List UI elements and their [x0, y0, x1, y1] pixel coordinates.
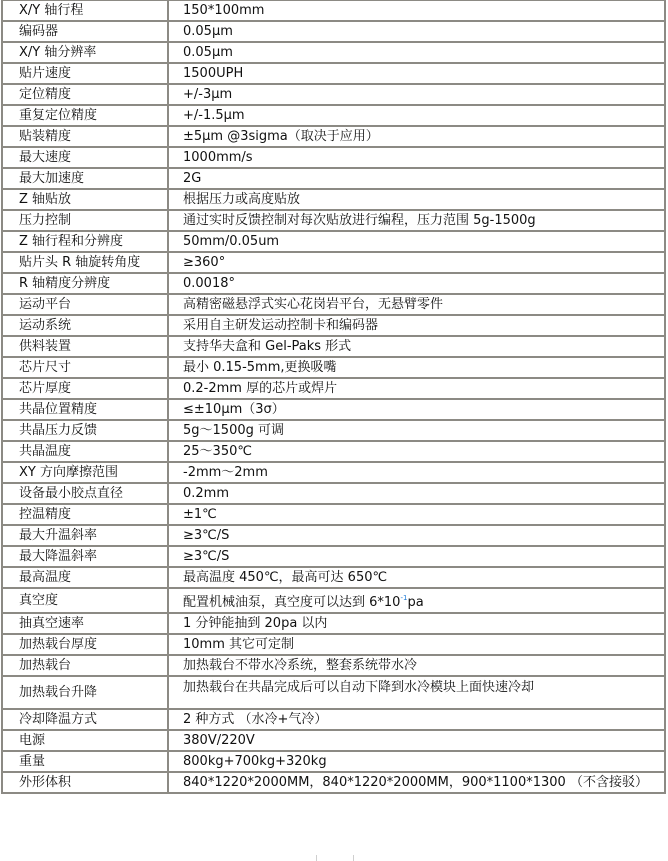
table-row: 共晶温度 25～350℃: [2, 441, 665, 462]
spec-table: X/Y 轴行程 150*100mm 编码器 0.05μm X/Y 轴分辨率 0.…: [1, 0, 666, 794]
table-row: 控温精度 ±1℃: [2, 504, 665, 525]
spec-value: 通过实时反馈控制对每次贴放进行编程，压力范围 5g-1500g: [168, 210, 665, 231]
spec-label: 加热载台升降: [2, 676, 168, 709]
spec-value: 50mm/0.05um: [168, 231, 665, 252]
spec-value: ≥360°: [168, 252, 665, 273]
spec-value: ±5μm @3sigma（取决于应用）: [168, 126, 665, 147]
table-row: 最大升温斜率 ≥3℃/S: [2, 525, 665, 546]
table-row: 共晶位置精度 ≤±10μm（3σ）: [2, 399, 665, 420]
spec-label: X/Y 轴行程: [2, 0, 168, 21]
spec-label: 最大降温斜率: [2, 546, 168, 567]
spec-value: 0.05μm: [168, 42, 665, 63]
spec-value: 0.2mm: [168, 483, 665, 504]
spec-value: 0.2-2mm 厚的芯片或焊片: [168, 378, 665, 399]
spec-value: 加热载台在共晶完成后可以自动下降到水冷模块上面快速冷却: [168, 676, 665, 709]
spec-value: 1000mm/s: [168, 147, 665, 168]
spec-label: 最大加速度: [2, 168, 168, 189]
spec-label: 贴装精度: [2, 126, 168, 147]
spec-label: Z 轴贴放: [2, 189, 168, 210]
spec-label: 加热载台厚度: [2, 634, 168, 655]
spec-label: 定位精度: [2, 84, 168, 105]
spec-label: X/Y 轴分辨率: [2, 42, 168, 63]
table-row: 抽真空速率 1 分钟能抽到 20pa 以内: [2, 613, 665, 634]
table-row: 最大降温斜率 ≥3℃/S: [2, 546, 665, 567]
spec-value: 5g～1500g 可调: [168, 420, 665, 441]
spec-value: 1500UPH: [168, 63, 665, 84]
spec-label: 最大升温斜率: [2, 525, 168, 546]
spec-label: 外形体积: [2, 772, 168, 793]
table-row: 设备最小胶点直径 0.2mm: [2, 483, 665, 504]
spec-label: 贴片速度: [2, 63, 168, 84]
table-row: R 轴精度分辨度 0.0018°: [2, 273, 665, 294]
table-row: Z 轴贴放 根据压力或高度贴放: [2, 189, 665, 210]
spec-value: 根据压力或高度贴放: [168, 189, 665, 210]
spec-value: 800kg+700kg+320kg: [168, 751, 665, 772]
spec-value: 最高温度 450℃，最高可达 650℃: [168, 567, 665, 588]
spec-label: 重复定位精度: [2, 105, 168, 126]
table-row: 重复定位精度 +/-1.5μm: [2, 105, 665, 126]
table-row: 外形体积 840*1220*2000MM，840*1220*2000MM，900…: [2, 772, 665, 793]
table-row: 芯片厚度 0.2-2mm 厚的芯片或焊片: [2, 378, 665, 399]
table-row: 芯片尺寸 最小 0.15-5mm,更换吸嘴: [2, 357, 665, 378]
spec-label: 压力控制: [2, 210, 168, 231]
table-row: X/Y 轴分辨率 0.05μm: [2, 42, 665, 63]
spec-label: 芯片尺寸: [2, 357, 168, 378]
table-row: 共晶压力反馈 5g～1500g 可调: [2, 420, 665, 441]
spec-value: +/-1.5μm: [168, 105, 665, 126]
spec-label: 控温精度: [2, 504, 168, 525]
table-row: 冷却降温方式 2 种方式 （水冷+气冷）: [2, 709, 665, 730]
table-row: 供料装置 支持华夫盒和 Gel-Paks 形式: [2, 336, 665, 357]
spec-label: 重量: [2, 751, 168, 772]
spec-value: 高精密磁悬浮式实心花岗岩平台，无悬臂零件: [168, 294, 665, 315]
spec-value: ±1℃: [168, 504, 665, 525]
table-row: 贴装精度 ±5μm @3sigma（取决于应用）: [2, 126, 665, 147]
spec-value: -2mm～2mm: [168, 462, 665, 483]
table-row: 贴片速度 1500UPH: [2, 63, 665, 84]
spec-value: 25～350℃: [168, 441, 665, 462]
spec-label: Z 轴行程和分辨度: [2, 231, 168, 252]
spec-label: 共晶位置精度: [2, 399, 168, 420]
spec-label: 运动系统: [2, 315, 168, 336]
spec-value: 最小 0.15-5mm,更换吸嘴: [168, 357, 665, 378]
spec-value: 1 分钟能抽到 20pa 以内: [168, 613, 665, 634]
table-row: 运动平台 高精密磁悬浮式实心花岗岩平台，无悬臂零件: [2, 294, 665, 315]
spec-value: 加热载台不带水冷系统，整套系统带水冷: [168, 655, 665, 676]
spec-label: 加热载台: [2, 655, 168, 676]
spec-label: R 轴精度分辨度: [2, 273, 168, 294]
vacuum-value-prefix: 配置机械油泵，真空度可以达到 6*10: [183, 595, 400, 610]
table-row: 编码器 0.05μm: [2, 21, 665, 42]
spec-label: 最高温度: [2, 567, 168, 588]
spec-value: ≥3℃/S: [168, 525, 665, 546]
spec-value: 0.0018°: [168, 273, 665, 294]
table-row: 贴片头 R 轴旋转角度 ≥360°: [2, 252, 665, 273]
spec-value: +/-3μm: [168, 84, 665, 105]
table-row: 最大加速度 2G: [2, 168, 665, 189]
spec-label: 编码器: [2, 21, 168, 42]
spec-label: 贴片头 R 轴旋转角度: [2, 252, 168, 273]
spec-label: 冷却降温方式: [2, 709, 168, 730]
spec-label: 真空度: [2, 588, 168, 613]
table-row: 压力控制 通过实时反馈控制对每次贴放进行编程，压力范围 5g-1500g: [2, 210, 665, 231]
spec-label: 电源: [2, 730, 168, 751]
spec-label: 芯片厚度: [2, 378, 168, 399]
table-row: Z 轴行程和分辨度 50mm/0.05um: [2, 231, 665, 252]
table-row: 重量 800kg+700kg+320kg: [2, 751, 665, 772]
table-row: 最高温度 最高温度 450℃，最高可达 650℃: [2, 567, 665, 588]
table-row: 定位精度 +/-3μm: [2, 84, 665, 105]
spec-value: ≥3℃/S: [168, 546, 665, 567]
table-row: 加热载台厚度 10mm 其它可定制: [2, 634, 665, 655]
spec-label: 共晶压力反馈: [2, 420, 168, 441]
spec-value: 840*1220*2000MM，840*1220*2000MM，900*1100…: [168, 772, 665, 793]
spec-value: 0.05μm: [168, 21, 665, 42]
spec-label: 供料装置: [2, 336, 168, 357]
table-row: 加热载台升降 加热载台在共晶完成后可以自动下降到水冷模块上面快速冷却: [2, 676, 665, 709]
spec-value: 支持华夫盒和 Gel-Paks 形式: [168, 336, 665, 357]
table-row: X/Y 轴行程 150*100mm: [2, 0, 665, 21]
spec-value: 采用自主研发运动控制卡和编码器: [168, 315, 665, 336]
spec-value: 150*100mm: [168, 0, 665, 21]
spec-label: 最大速度: [2, 147, 168, 168]
table-row: 运动系统 采用自主研发运动控制卡和编码器: [2, 315, 665, 336]
page-footer-divider: [316, 855, 354, 861]
table-row: 加热载台 加热载台不带水冷系统，整套系统带水冷: [2, 655, 665, 676]
table-row: 真空度 配置机械油泵，真空度可以达到 6*10-1pa: [2, 588, 665, 613]
spec-value: 2 种方式 （水冷+气冷）: [168, 709, 665, 730]
spec-value: ≤±10μm（3σ）: [168, 399, 665, 420]
spec-label: 共晶温度: [2, 441, 168, 462]
spec-label: 设备最小胶点直径: [2, 483, 168, 504]
spec-value: 配置机械油泵，真空度可以达到 6*10-1pa: [168, 588, 665, 613]
spec-label: XY 方向摩擦范围: [2, 462, 168, 483]
table-row: 最大速度 1000mm/s: [2, 147, 665, 168]
table-row: XY 方向摩擦范围 -2mm～2mm: [2, 462, 665, 483]
table-row: 电源 380V/220V: [2, 730, 665, 751]
spec-value: 380V/220V: [168, 730, 665, 751]
spec-label: 抽真空速率: [2, 613, 168, 634]
spec-value: 10mm 其它可定制: [168, 634, 665, 655]
vacuum-value-suffix: pa: [407, 595, 423, 610]
spec-label: 运动平台: [2, 294, 168, 315]
spec-value: 2G: [168, 168, 665, 189]
